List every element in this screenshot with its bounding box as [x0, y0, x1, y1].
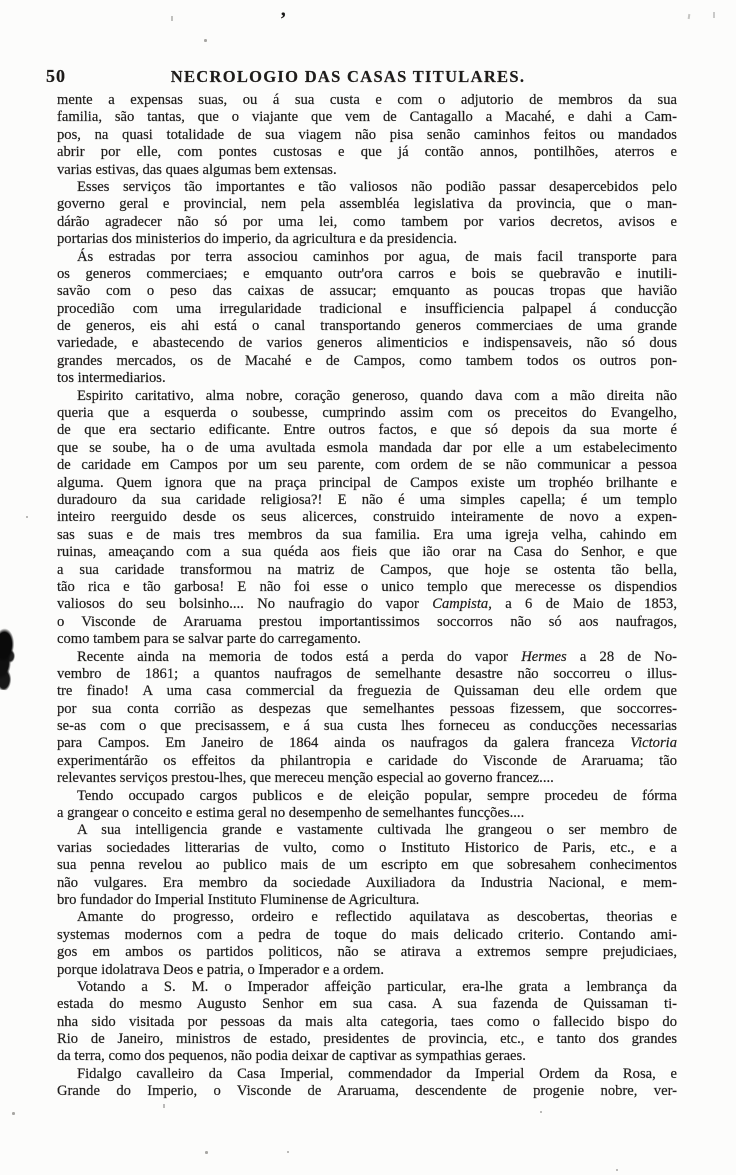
text-segment: experimentárão os effeitos da philantrop… [57, 753, 677, 769]
text-line: mente a expensas suas, ou á sua custa e … [57, 92, 677, 109]
text-line: se-as com o que precisassem, e á sua cus… [57, 718, 677, 735]
text-segment: o Visconde de Araruama prestou important… [57, 614, 677, 630]
ink-speck [287, 1151, 289, 1153]
text-segment: procedião com uma irregularidade tradici… [57, 301, 677, 317]
text-segment: varias estivas, das quaes algumas bem ex… [57, 162, 337, 178]
text-segment: variedade, e abastecendo de varios gener… [57, 335, 677, 351]
text-segment: alguma. Quem ignora que na praça princip… [57, 475, 677, 491]
paragraph: mente a expensas suas, ou á sua custa e … [57, 92, 677, 179]
text-line: Rio de Janeiro, ministros de estado, pre… [57, 1031, 677, 1048]
paragraph: A sua intelligencia grande e vastamente … [57, 822, 677, 909]
text-segment: queria que a esquerda o soubesse, cumpri… [57, 405, 677, 421]
text-segment: nha sido visitada por pessoas da mais al… [57, 1014, 677, 1030]
text-line: A sua intelligencia grande e vastamente … [57, 822, 677, 839]
text-segment: Esses serviços tão importantes e tão val… [77, 179, 677, 195]
text-line: tão rica e tão garbosa! E não foi esse o… [57, 579, 677, 596]
paragraph: Ás estradas por terra associou caminhos … [57, 249, 677, 388]
text-segment: vembro de 1861; a quantos naufragos de s… [57, 666, 677, 682]
text-segment: Fidalgo cavalleiro da Casa Imperial, com… [77, 1066, 677, 1082]
ink-speck [171, 16, 173, 21]
ink-speck [26, 516, 28, 518]
text-segment: como tambem para se salvar parte do carr… [57, 631, 361, 647]
text-line: não vulgares. Era membro da sociedade Au… [57, 875, 677, 892]
text-line: savão com o peso das caixas de assucar; … [57, 283, 677, 300]
text-segment: , a 6 de Maio de 1853, [488, 596, 677, 612]
text-segment: por sua conta corrião as despezas que se… [57, 701, 677, 717]
paragraph: Fidalgo cavalleiro da Casa Imperial, com… [57, 1066, 677, 1101]
text-line: vembro de 1861; a quantos naufragos de s… [57, 666, 677, 683]
text-line: gos em ambos os partidos politicos, não … [57, 944, 677, 961]
text-segment: que se soube, ha o de uma avultada esmol… [57, 440, 677, 456]
ink-speck [616, 1169, 618, 1171]
text-line: systemas modernos com a pedra de toque d… [57, 927, 677, 944]
text-segment: Votando a S. M. o Imperador affeição par… [77, 979, 677, 995]
text-line: Amante do progresso, ordeiro e reflectid… [57, 909, 677, 926]
text-segment: a sua caridade transformou na matriz de … [57, 562, 677, 578]
text-line: Tendo occupado cargos publicos e de elei… [57, 788, 677, 805]
paragraph: Votando a S. M. o Imperador affeição par… [57, 979, 677, 1066]
paragraph: Esses serviços tão importantes e tão val… [57, 179, 677, 249]
text-line: de que era sectario edificante. Entre ou… [57, 422, 677, 439]
text-line: pos, na quasi totalidade de sua viagem n… [57, 127, 677, 144]
text-line: sua penna revelou ao publico mais de um … [57, 857, 677, 874]
paragraph: Tendo occupado cargos publicos e de elei… [57, 788, 677, 823]
text-segment: porque idolatrava Deos e patria, o Imper… [57, 962, 384, 978]
text-line: Ás estradas por terra associou caminhos … [57, 249, 677, 266]
text-line: relevantes serviços prestou-lhes, que me… [57, 770, 677, 787]
text-segment: Ás estradas por terra associou caminhos … [77, 249, 677, 265]
text-line: variedade, e abastecendo de varios gener… [57, 335, 677, 352]
text-line: Espirito caritativo, alma nobre, coração… [57, 388, 677, 405]
ink-speck [713, 12, 715, 18]
ink-smudge [0, 627, 20, 691]
text-line: valiosos do seu bolsinho.... No naufragi… [57, 596, 677, 613]
text-segment: valiosos do seu bolsinho.... No naufragi… [57, 596, 432, 612]
text-line: varias sociedades litterarias de vulto, … [57, 840, 677, 857]
text-segment: duradouro da sua caridade religiosa?! E … [57, 492, 677, 508]
text-segment: não vulgares. Era membro da sociedade Au… [57, 875, 677, 891]
text-segment: familia, são tantas, que o viajante que … [57, 109, 677, 125]
text-segment: sua penna revelou ao publico mais de um … [57, 857, 677, 873]
text-segment: tão rica e tão garbosa! E não foi esse o… [57, 579, 677, 595]
text-line: Recente ainda na memoria de todos está a… [57, 649, 677, 666]
text-segment: ruinas, ameaçando com a sua quéda aos fi… [57, 544, 677, 560]
text-line: Grande do Imperio, o Visconde de Araruam… [57, 1083, 677, 1100]
text-line: o Visconde de Araruama prestou important… [57, 614, 677, 631]
text-line: procedião com uma irregularidade tradici… [57, 301, 677, 318]
italic-text: Hermes [521, 649, 566, 665]
text-segment: tre finado! A uma casa commercial da fre… [57, 683, 677, 699]
text-line: a grangear o conceito e estima geral no … [57, 805, 677, 822]
text-line: nha sido visitada por pessoas da mais al… [57, 1014, 677, 1031]
ink-speck [688, 14, 690, 19]
text-line: queria que a esquerda o soubesse, cumpri… [57, 405, 677, 422]
text-segment: gos em ambos os partidos politicos, não … [57, 944, 677, 960]
text-segment: de que era sectario edificante. Entre ou… [57, 422, 677, 438]
text-line: da terra, como dos pequenos, não podia d… [57, 1048, 677, 1065]
text-line: Fidalgo cavalleiro da Casa Imperial, com… [57, 1066, 677, 1083]
text-segment: bro fundador do Imperial Instituto Flumi… [57, 892, 419, 908]
italic-text: Campista [432, 596, 488, 612]
text-line: ruinas, ameaçando com a sua quéda aos fi… [57, 544, 677, 561]
text-segment: estada do mesmo Augusto Senhor em sua ca… [57, 996, 677, 1012]
text-line: a sua caridade transformou na matriz de … [57, 562, 677, 579]
text-segment: de generos, eis ahi está o canal transpo… [57, 318, 677, 334]
ink-speck [204, 39, 207, 42]
text-segment: tos intermediarios. [57, 370, 166, 386]
text-segment: de caridade em Campos por um seu parente… [57, 457, 677, 473]
text-segment: varias sociedades litterarias de vulto, … [57, 840, 677, 856]
text-segment: a grangear o conceito e estima geral no … [57, 805, 524, 821]
ink-speck [540, 1111, 542, 1113]
text-line: experimentárão os effeitos da philantrop… [57, 753, 677, 770]
text-line: governo geral e provincial, nem pela ass… [57, 196, 677, 213]
text-line: tre finado! A uma casa commercial da fre… [57, 683, 677, 700]
ink-speck [12, 1112, 15, 1115]
text-line: abrir por elle, com pontes custosas e qu… [57, 144, 677, 161]
text-segment: Espirito caritativo, alma nobre, coração… [77, 388, 677, 404]
text-line: Votando a S. M. o Imperador affeição par… [57, 979, 677, 996]
text-segment: Recente ainda na memoria de todos está a… [77, 649, 521, 665]
text-segment: Amante do progresso, ordeiro e reflectid… [77, 909, 677, 925]
text-segment: os generos commerciaes; e emquanto outr'… [57, 266, 677, 282]
text-segment: systemas modernos com a pedra de toque d… [57, 927, 677, 943]
ink-speck [163, 1104, 165, 1108]
text-line: alguma. Quem ignora que na praça princip… [57, 475, 677, 492]
text-segment: dárão agradecer não só por uma lei, como… [57, 214, 677, 230]
text-segment: savão com o peso das caixas de assucar; … [57, 283, 677, 299]
text-line: inteiro reerguido desde os seus alicerce… [57, 509, 677, 526]
text-body: mente a expensas suas, ou á sua custa e … [57, 92, 677, 1101]
text-line: estada do mesmo Augusto Senhor em sua ca… [57, 996, 677, 1013]
text-line: porque idolatrava Deos e patria, o Imper… [57, 962, 677, 979]
text-segment: A sua intelligencia grande e vastamente … [77, 822, 677, 838]
text-line: que se soube, ha o de uma avultada esmol… [57, 440, 677, 457]
text-segment: da terra, como dos pequenos, não podia d… [57, 1048, 526, 1064]
text-segment: grandes mercados, os de Macahé e de Camp… [57, 353, 677, 369]
text-segment: portarias dos ministerios do imperio, da… [57, 231, 457, 247]
stray-ink-mark: ’ [280, 9, 286, 31]
text-segment: inteiro reerguido desde os seus alicerce… [57, 509, 677, 525]
text-line: para Campos. Em Janeiro de 1864 ainda os… [57, 735, 677, 752]
text-segment: se-as com o que precisassem, e á sua cus… [57, 718, 677, 734]
paragraph: Recente ainda na memoria de todos está a… [57, 649, 677, 788]
ink-speck [205, 1151, 208, 1154]
text-segment: Grande do Imperio, o Visconde de Araruam… [57, 1083, 677, 1099]
text-line: de caridade em Campos por um seu parente… [57, 457, 677, 474]
text-segment: Tendo occupado cargos publicos e de elei… [77, 788, 677, 804]
text-line: bro fundador do Imperial Instituto Flumi… [57, 892, 677, 909]
text-line: duradouro da sua caridade religiosa?! E … [57, 492, 677, 509]
text-line: portarias dos ministerios do imperio, da… [57, 231, 677, 248]
text-segment: governo geral e provincial, nem pela ass… [57, 196, 677, 212]
text-line: grandes mercados, os de Macahé e de Camp… [57, 353, 677, 370]
text-segment: relevantes serviços prestou-lhes, que me… [57, 770, 554, 786]
text-line: sas suas e de mais tres membros da sua f… [57, 527, 677, 544]
text-segment: para Campos. Em Janeiro de 1864 ainda os… [57, 735, 630, 751]
text-segment: sas suas e de mais tres membros da sua f… [57, 527, 677, 543]
text-line: por sua conta corrião as despezas que se… [57, 701, 677, 718]
paragraph: Amante do progresso, ordeiro e reflectid… [57, 909, 677, 979]
paragraph: Espirito caritativo, alma nobre, coração… [57, 388, 677, 649]
text-line: os generos commerciaes; e emquanto outr'… [57, 266, 677, 283]
text-line: como tambem para se salvar parte do carr… [57, 631, 677, 648]
text-line: tos intermediarios. [57, 370, 677, 387]
text-line: dárão agradecer não só por uma lei, como… [57, 214, 677, 231]
text-segment: pos, na quasi totalidade de sua viagem n… [57, 127, 677, 143]
text-line: varias estivas, das quaes algumas bem ex… [57, 162, 677, 179]
text-segment: abrir por elle, com pontes custosas e qu… [57, 144, 677, 160]
italic-text: Victoria [630, 735, 677, 751]
text-segment: mente a expensas suas, ou á sua custa e … [57, 92, 677, 108]
running-header: NECROLOGIO DAS CASAS TITULARES. [0, 67, 696, 87]
text-line: Esses serviços tão importantes e tão val… [57, 179, 677, 196]
scanned-book-page: ’ 50 NECROLOGIO DAS CASAS TITULARES. men… [0, 0, 736, 1175]
text-segment: Rio de Janeiro, ministros de estado, pre… [57, 1031, 677, 1047]
text-line: familia, são tantas, que o viajante que … [57, 109, 677, 126]
text-segment: a 28 de No- [567, 649, 677, 665]
text-line: de generos, eis ahi está o canal transpo… [57, 318, 677, 335]
